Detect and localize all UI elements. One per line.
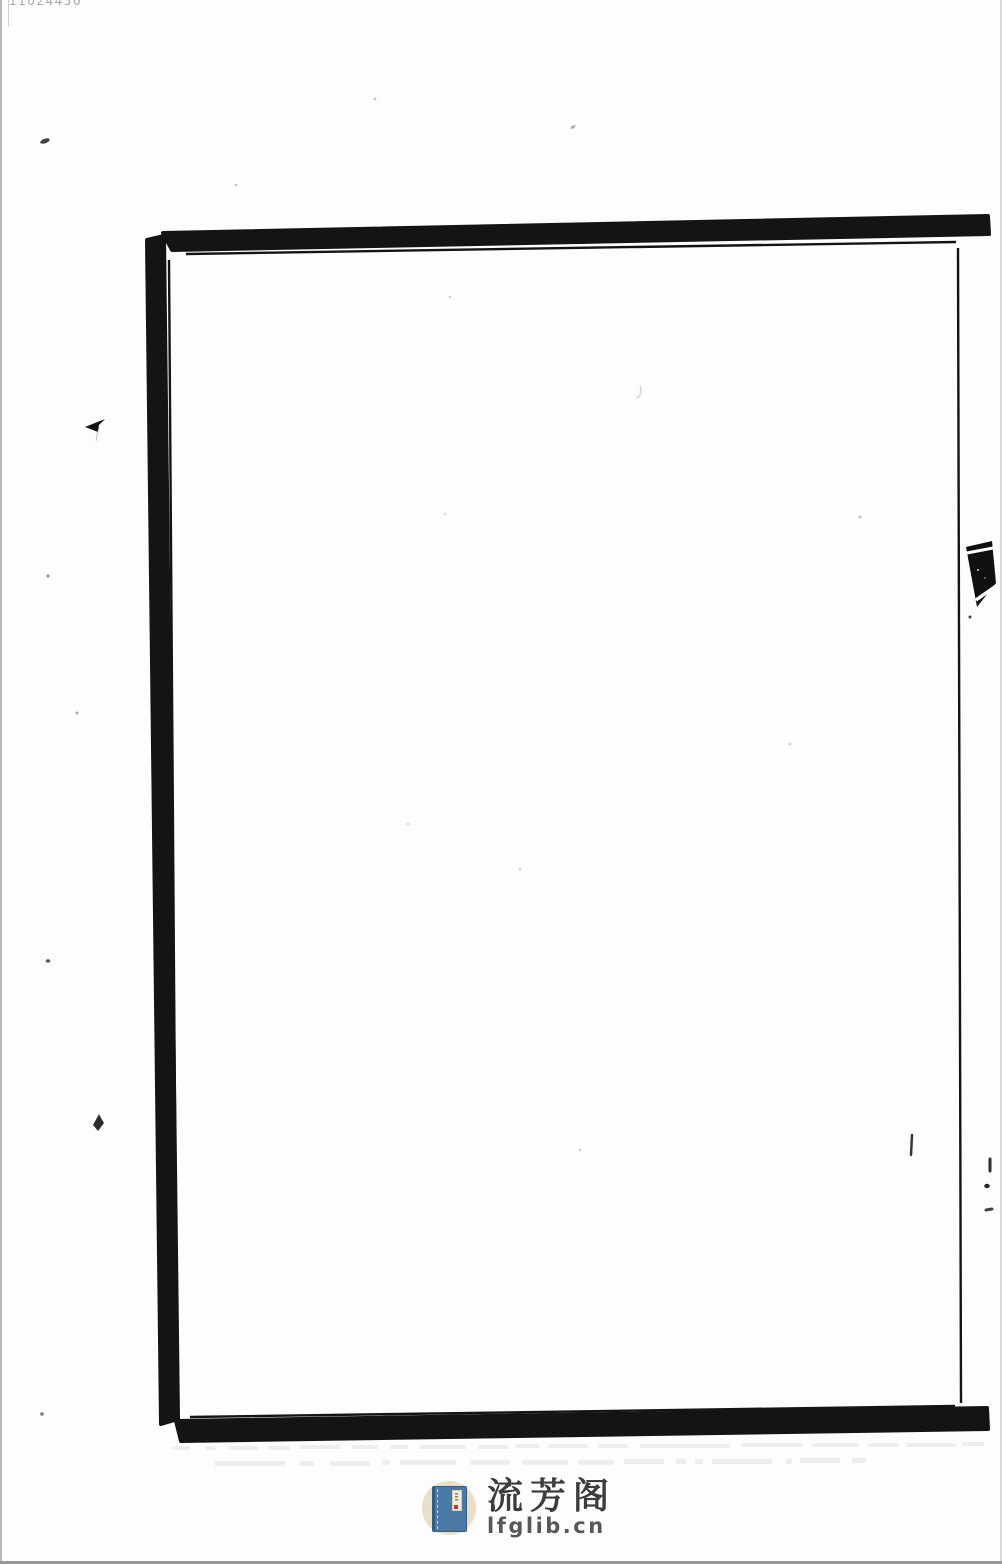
woodblock-frame-graphic [0, 0, 1002, 1564]
watermark: 流芳阁 lfglib.cn [422, 1478, 616, 1537]
watermark-text: 流芳阁 lfglib.cn [487, 1478, 616, 1537]
ghost-text-band [172, 1442, 984, 1466]
frame-outer-border [147, 216, 989, 1441]
scan-edge-left [0, 0, 2, 1564]
watermark-badge [422, 1481, 476, 1535]
book-stitch-line [437, 1489, 438, 1529]
page-corner-fold [966, 541, 996, 619]
frame-inner-border [169, 242, 961, 1417]
ink-specks [40, 98, 992, 1416]
book-title-label [452, 1490, 462, 1511]
watermark-site-url: lfglib.cn [487, 1516, 616, 1537]
watermark-site-name: 流芳阁 [487, 1478, 616, 1514]
stitched-book-icon [432, 1486, 467, 1532]
scanned-book-page: 11024450 [0, 0, 1002, 1564]
